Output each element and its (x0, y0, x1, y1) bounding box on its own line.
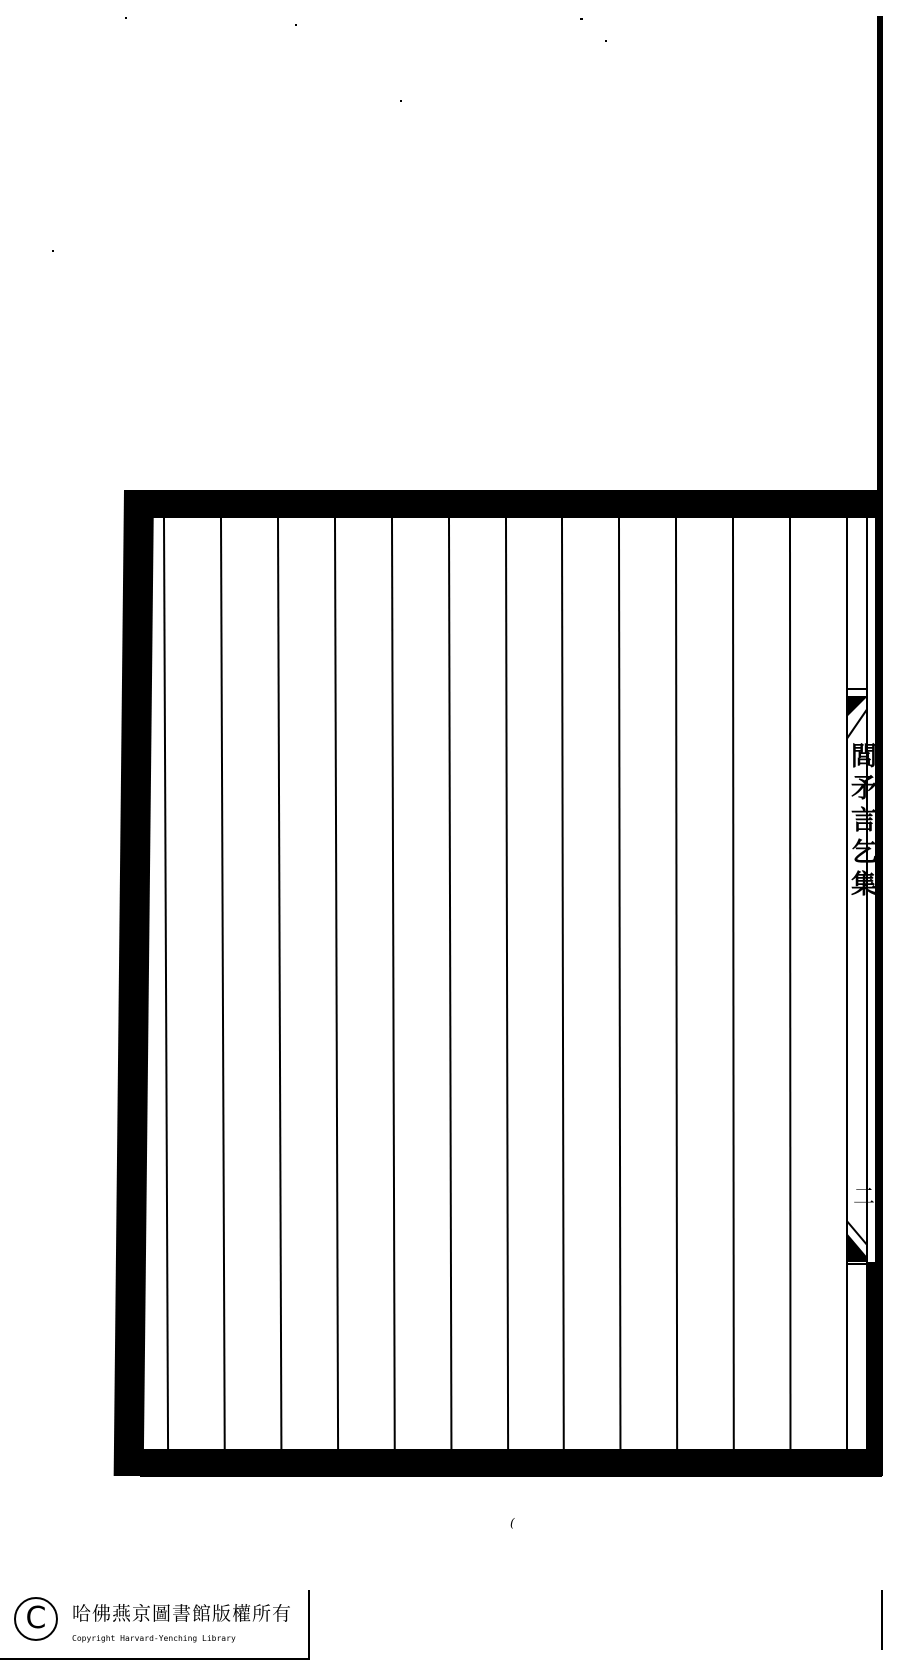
column-rule (618, 518, 621, 1449)
frame-bottom-border (140, 1449, 882, 1477)
column-rule (561, 518, 564, 1449)
column-rule (391, 518, 395, 1449)
block-title-char-3: 言 (848, 806, 880, 836)
column-rule (277, 518, 282, 1449)
lower-fishtail (846, 1218, 868, 1266)
block-page-number: 二 (848, 1183, 880, 1213)
block-title-char-5: 集 (848, 870, 880, 900)
center-column-left-rule (846, 518, 848, 1449)
speck (400, 100, 402, 102)
upper-fishtail-line (846, 688, 868, 690)
scan-right-edge-lower (881, 1590, 883, 1650)
column-rule (732, 518, 734, 1449)
speck (295, 24, 297, 26)
copyright-stamp: C 哈佛燕京圖書館版權所有 Copyright Harvard-Yenching… (0, 1590, 310, 1660)
copyright-symbol-icon: C (14, 1597, 58, 1641)
speck (580, 18, 583, 20)
upper-fishtail (846, 696, 868, 742)
frame-right-border (875, 490, 882, 1477)
frame-top-border (124, 490, 880, 518)
bottom-mark: ( (510, 1516, 515, 1530)
column-rule (163, 518, 169, 1449)
column-rule (220, 518, 225, 1449)
block-title-char-4: 乞 (848, 838, 880, 868)
speck (605, 40, 607, 42)
frame-left-border (114, 490, 154, 1476)
column-rule (675, 518, 678, 1449)
column-rule (505, 518, 509, 1449)
block-title-char-2: 矛 (848, 774, 880, 804)
copyright-text-english: Copyright Harvard-Yenching Library (72, 1634, 236, 1643)
copyright-text-chinese: 哈佛燕京圖書館版權所有 (72, 1599, 292, 1626)
column-rule (334, 518, 339, 1449)
column-rule (448, 518, 452, 1449)
speck (52, 250, 54, 252)
block-title-char-1: 閭 (848, 742, 880, 772)
speck (125, 17, 127, 19)
column-rule (789, 518, 791, 1449)
center-column-lower-strip (866, 1262, 875, 1452)
